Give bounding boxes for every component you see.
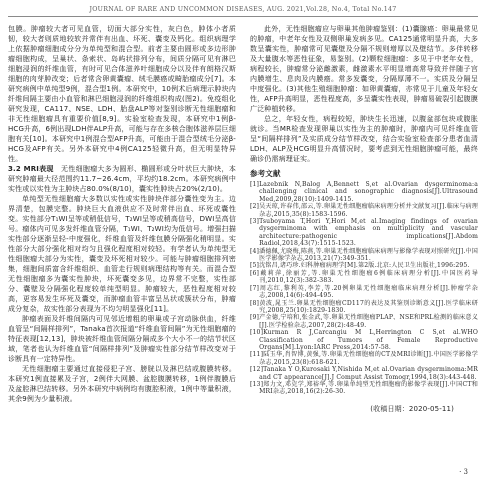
paragraph-differential-diagnosis: 此外，无性细胞瘤应与卵巢其他肿瘤鉴别：(1)囊腺癌：卵巢最常见的肿瘤，中老年女性… (250, 24, 478, 114)
reference-item: [10]Kurman R J,Carcangiu M L,Herrington … (250, 329, 478, 351)
reference-item: [6]戴莉萍,徐丽芳,等.卵巢无性细胞瘤6例临床病理分析[J].中国医药导刊,2… (250, 270, 478, 285)
reference-item: [3]Tsuboyama T,Hori Y,Hori M,et al.Imagi… (250, 218, 478, 248)
reference-item: [13]郑力文,邓克学,郑裕华,等.卵巢单纯型无性细胞瘤的影像学表现[J].中国… (250, 381, 478, 396)
reference-item: [2]吴天琼,许春伟,邵云,等.卵巢无性细胞瘤临床病理分析并文献复习[J].临床… (250, 203, 478, 218)
journal-header: JOURNAL OF RARE AND UNCOMMON DISEASES, A… (0, 0, 486, 13)
references-heading: 参考文献 (250, 169, 478, 179)
received-date: (收稿日期：2020-05-11) (250, 404, 478, 414)
section-heading-3-2: 3.2 MRI表现 (8, 165, 54, 173)
reference-item: [1]Lazebnik N,Balog A,Bennett S,et al.Ov… (250, 181, 478, 203)
journal-page: JOURNAL OF RARE AND UNCOMMON DISEASES, A… (0, 0, 486, 486)
paragraph-pure-type-signal: 单纯型无性细胞瘤大多数以实性或实性肿块伴部分囊性变为主。边界清楚，包膜完整。肿块… (8, 194, 236, 314)
paragraph-metastasis: 无性细胞瘤主要通过直接侵犯子宫、膀胱以及淋巴结或腹膜转移。本研究1例直接累及子宫… (8, 364, 236, 404)
left-column: 包膜。肿瘤较大者可见血管，切面大部分实性，灰白色，肿体小者质韧，较大者则质地较软… (8, 24, 236, 414)
paragraph-pathology-continuation: 包膜。肿瘤较大者可见血管，切面大部分实性，灰白色，肿体小者质韧，较大者则质地较软… (8, 24, 236, 164)
paragraph-conclusion: 总之，年轻女性，病程较短，肿块生长迅速，以腹盆部包块或腹胀就诊。当MR检查发现卵… (250, 114, 478, 164)
reference-item: [9]产金德,宁培和,张金武,等.卵巢无性细胞瘤PLAP、NSE和PRL检测的临… (250, 314, 478, 329)
references-list: [1]Lazebnik N,Balog A,Bennett S,et al.Ov… (250, 181, 478, 396)
reference-item: [4]潘德佩,尤晓梅,陈燕,等.卵巢无性细胞瘤临床病理与影像学表现对照研究[J]… (250, 248, 478, 263)
article-body: 包膜。肿瘤较大者可见血管，切面大部分实性，灰白色，肿体小者质韧，较大者则质地较软… (0, 17, 486, 414)
paragraph-fibrovascular-septa: 肿瘤表面及纤维间隔内可见邻近增粗的卵巢或子宫动脉供血，纤维血管呈“间隔样排列”，… (8, 314, 236, 364)
reference-item: [7]周志红,黎利英,李芳,等.20例卵巢无性细胞瘤临床病理分析[J].肿瘤学杂… (250, 285, 478, 300)
reference-item: [5]沈铭昌,诸巧珍.妇科肿瘤病理学[M].第2版.北京:人民卫生出版社,199… (250, 262, 478, 269)
paragraph-mri-findings: 3.2 MRI表现 无性细胞瘤大多为圆形、椭圆形或分叶状巨大肿块，本研究肿瘤最大… (8, 164, 236, 194)
right-column: 此外，无性细胞瘤应与卵巢其他肿瘤鉴别：(1)囊腺癌：卵巢最常见的肿瘤，中老年女性… (250, 24, 478, 414)
reference-item: [8]黄波,晁玉兰.卵巢无性细胞瘤CD117的表达及其鉴别诊断意义[J].医学临… (250, 300, 478, 315)
reference-item: [11]陆玉华,肖智博,黄强,等.卵巢无性细胞瘤的CT及MRI诊断[J].中国医… (250, 351, 478, 366)
reference-item: [12]Tanaka Y O,Kurosaki Y,Nishida M,et a… (250, 366, 478, 381)
page-number: · 3 (459, 468, 468, 476)
